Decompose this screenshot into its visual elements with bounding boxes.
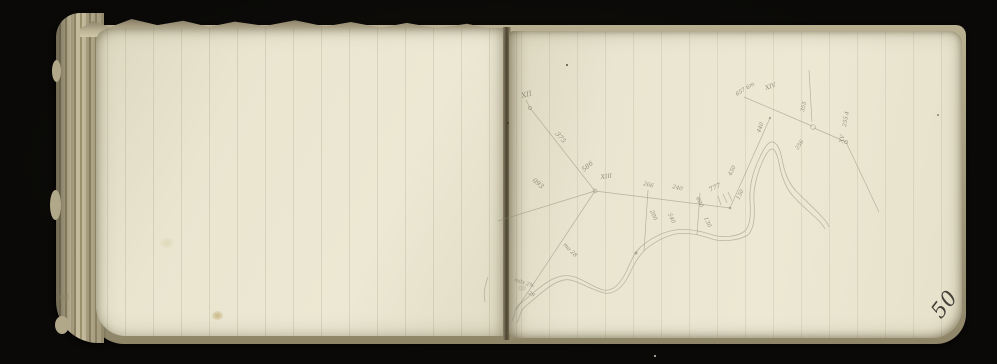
torn-page-bump (55, 316, 69, 334)
notebook-photo: 50 XII375093586XIII266240200540600130mo … (0, 0, 997, 364)
right-page: 50 (509, 31, 962, 338)
paper-stain (160, 238, 174, 248)
paper-speck (654, 355, 656, 357)
left-page (96, 28, 506, 336)
paper-stain (212, 311, 223, 320)
torn-page-bump (50, 190, 61, 220)
page-number: 50 (926, 285, 963, 322)
torn-page-bump (52, 60, 61, 82)
